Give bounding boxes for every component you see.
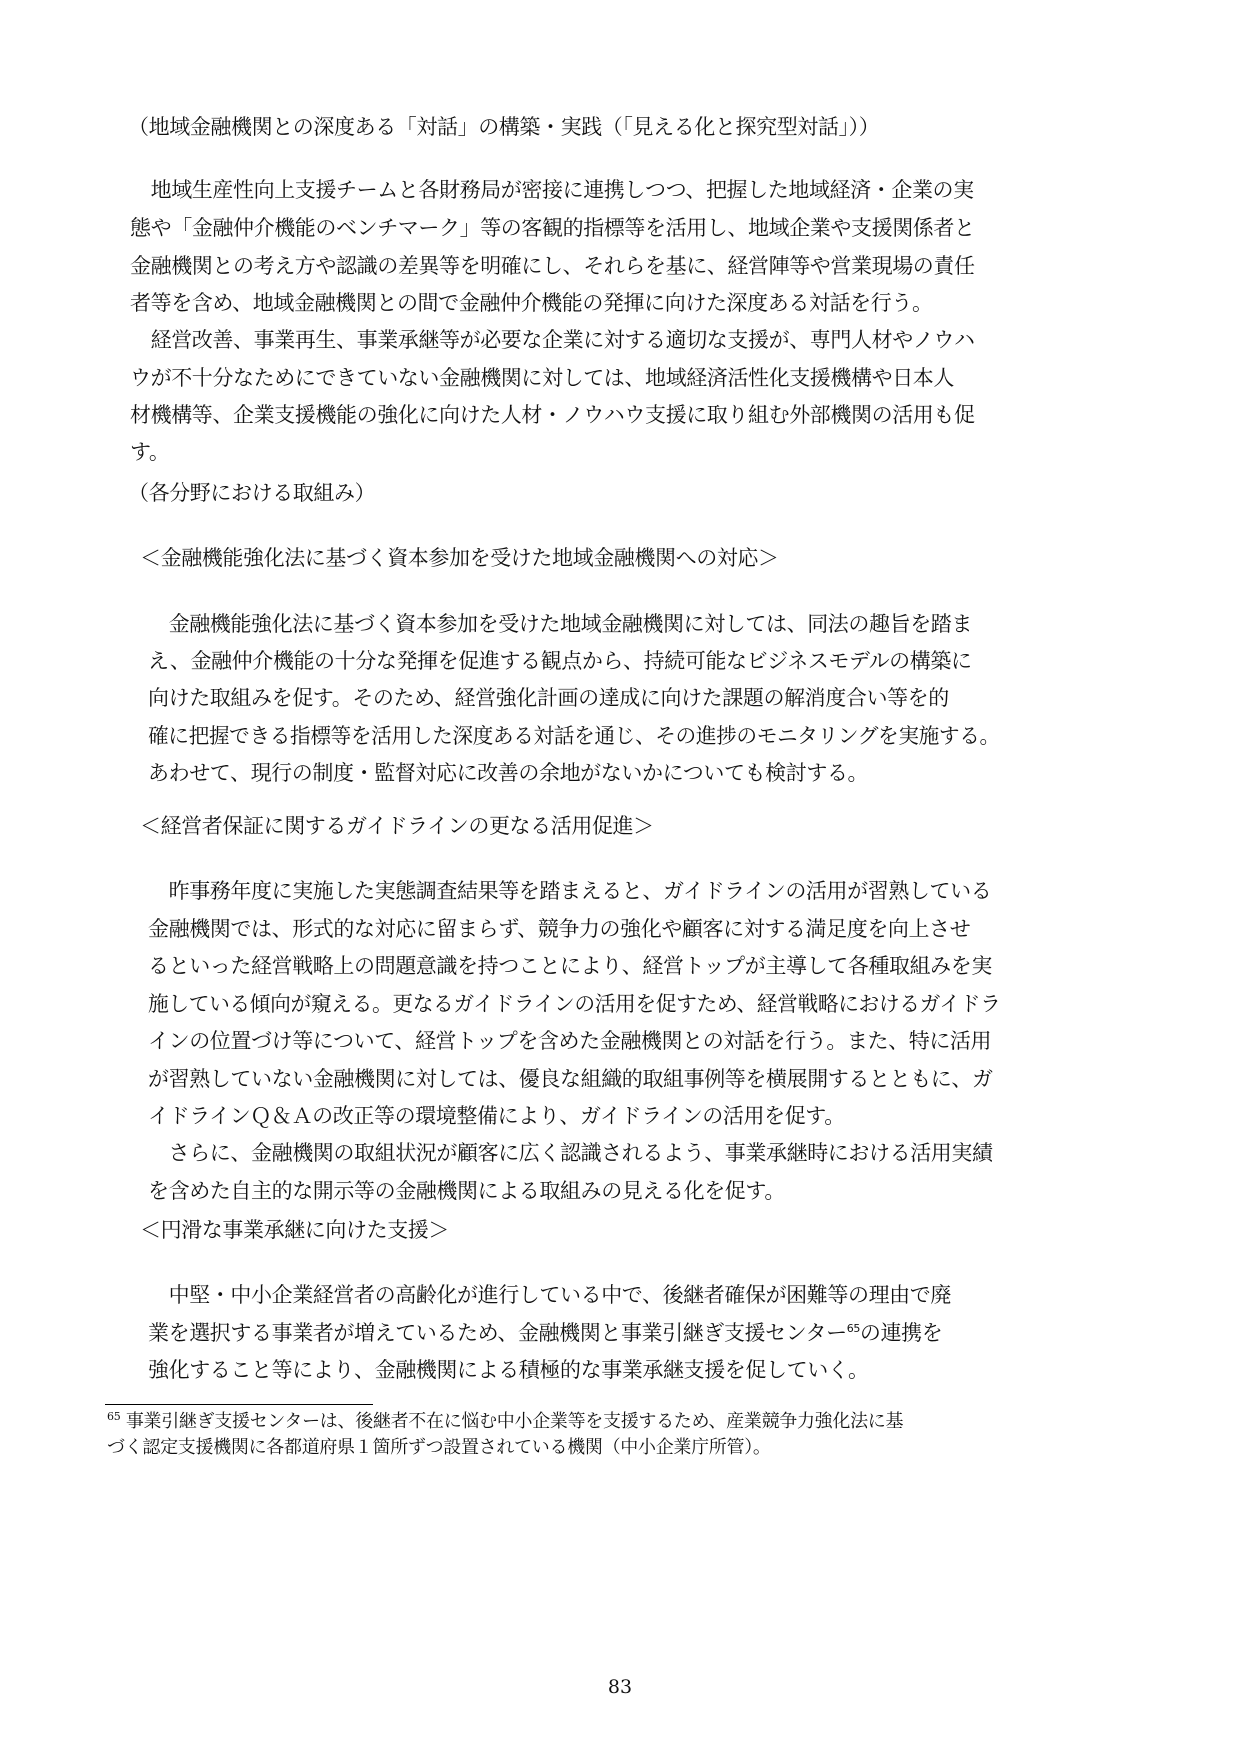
page-number: 83 <box>0 1676 1240 1698</box>
footnote-number: 65 <box>107 1410 120 1423</box>
topic-heading: ＜経営者保証に関するガイドラインの更なる活用促進＞ <box>140 812 654 840</box>
paragraph-line: 施している傾向が窺える。更なるガイドラインの活用を促すため、経営戦略におけるガイ… <box>148 990 1000 1018</box>
subsection-heading: （各分野における取組み） <box>128 479 375 507</box>
paragraph-line: 者等を含め、地域金融機関との間で金融仲介機能の発揮に向けた深度ある対話を行う。 <box>130 289 933 317</box>
paragraph-line: 材機構等、企業支援機能の強化に向けた人材・ノウハウ支援に取り組む外部機関の活用も… <box>130 401 975 429</box>
paragraph-line: 態や「金融仲介機能のベンチマーク」等の客観的指標等を活用し、地域企業や支援関係者… <box>130 214 975 242</box>
topic-heading: ＜金融機能強化法に基づく資本参加を受けた地域金融機関への対応＞ <box>140 544 779 572</box>
paragraph-line: インの位置づけ等について、経営トップを含めた金融機関との対話を行う。また、特に活… <box>148 1027 991 1055</box>
paragraph-line: 金融機関との考え方や認識の差異等を明確にし、それらを基に、経営陣等や営業現場の責… <box>130 252 975 280</box>
paragraph-line: あわせて、現行の制度・監督対応に改善の余地がないかについても検討する。 <box>148 759 868 787</box>
paragraph-line: 強化すること等により、金融機関による積極的な事業承継支援を促していく。 <box>148 1356 869 1384</box>
paragraph-line: るといった経営戦略上の問題意識を持つことにより、経営トップが主導して各種取組みを… <box>148 952 992 980</box>
paragraph-line: 昨事務年度に実施した実態調査結果等を踏まえると、ガイドラインの活用が習熟している <box>148 877 991 905</box>
line-text: 業を選択する事業者が増えているため、金融機関と事業引継ぎ支援センター <box>148 1321 847 1345</box>
paragraph-line: さらに、金融機関の取組状況が顧客に広く認識されるよう、事業承継時における活用実績 <box>148 1139 993 1167</box>
paragraph-line: 中堅・中小企業経営者の高齢化が進行している中で、後継者確保が困難等の理由で廃 <box>148 1281 951 1309</box>
paragraph-line: 確に把握できる指標等を活用した深度ある対話を通じ、その進捗のモニタリングを実施す… <box>148 722 1000 750</box>
topic-heading: ＜円滑な事業承継に向けた支援＞ <box>140 1216 449 1244</box>
footnote-line: づく認定支援機関に各都道府県１箇所ずつ設置されている機関（中小企業庁所管）。 <box>107 1436 771 1460</box>
paragraph-line: を含めた自主的な開示等の金融機関による取組みの見える化を促す。 <box>148 1177 785 1205</box>
paragraph-line: 金融機能強化法に基づく資本参加を受けた地域金融機関に対しては、同法の趣旨を踏ま <box>148 610 972 638</box>
line-text-suffix: の連携を <box>860 1321 942 1345</box>
footnote-text: 事業引継ぎ支援センターは、後継者不在に悩む中小企業等を支援するため、産業競争力強… <box>126 1411 903 1432</box>
paragraph-line: す。 <box>130 438 170 466</box>
section-heading: （地域金融機関との深度ある「対話」の構築・実践（「見える化と探究型対話」）） <box>128 113 879 141</box>
paragraph-line: 地域生産性向上支援チームと各財務局が密接に連携しつつ、把握した地域経済・企業の実 <box>130 176 974 204</box>
paragraph-line: イドラインＱ＆Ａの改正等の環境整備により、ガイドラインの活用を促す。 <box>148 1102 845 1130</box>
paragraph-line: 経営改善、事業再生、事業承継等が必要な企業に対する適切な支援が、専門人材やノウハ <box>130 326 975 354</box>
paragraph-line: ウが不十分なためにできていない金融機関に対しては、地域経済活性化支援機構や日本人 <box>130 364 954 392</box>
footnote-line: 65 事業引継ぎ支援センターは、後継者不在に悩む中小企業等を支援するため、産業競… <box>107 1410 903 1434</box>
footnote-reference[interactable]: 65 <box>847 1322 860 1335</box>
paragraph-line: 業を選択する事業者が増えているため、金融機関と事業引継ぎ支援センター65の連携を <box>148 1319 942 1347</box>
paragraph-line: 金融機関では、形式的な対応に留まらず、競争力の強化や顧客に対する満足度を向上させ <box>148 915 970 943</box>
paragraph-line: え、金融仲介機能の十分な発揮を促進する観点から、持続可能なビジネスモデルの構築に <box>148 647 972 675</box>
paragraph-line: 向けた取組みを促す。そのため、経営強化計画の達成に向けた課題の解消度合い等を的 <box>148 684 949 712</box>
footnote-separator <box>105 1404 373 1405</box>
paragraph-line: が習熟していない金融機関に対しては、優良な組織的取組事例等を横展開するとともに、… <box>148 1065 993 1093</box>
